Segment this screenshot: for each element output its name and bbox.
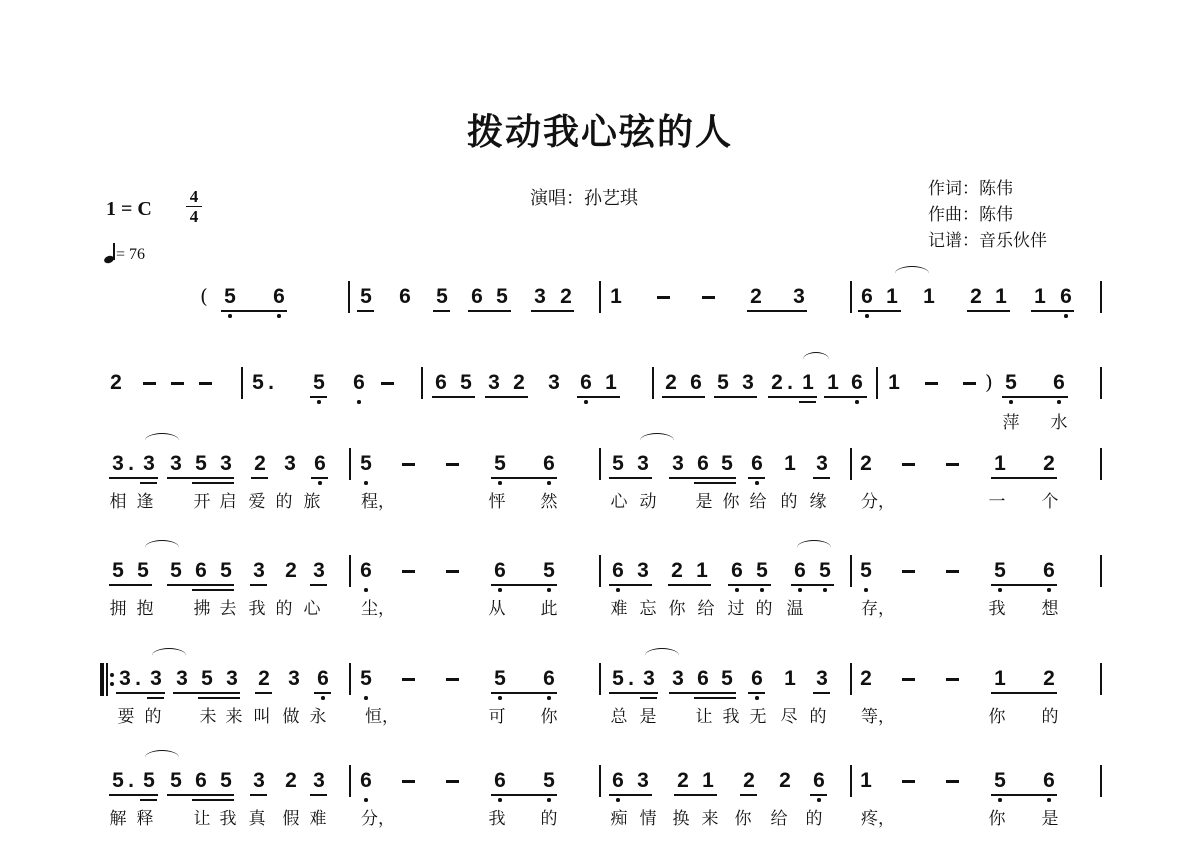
barline [599, 555, 601, 587]
beam-underline [255, 692, 272, 694]
beam-underline [967, 310, 1010, 312]
lyric-syllable: 解 [106, 804, 130, 829]
note: 3 [224, 668, 240, 690]
sustain-dash [199, 382, 212, 385]
note: 6 [610, 560, 626, 582]
note: 2 [858, 453, 874, 475]
lyric-syllable: 心 [300, 594, 324, 619]
barline [421, 367, 423, 399]
barline [1100, 663, 1102, 695]
beam-underline [668, 584, 711, 586]
beam-underline [433, 310, 450, 312]
note: 2 [108, 372, 124, 394]
barline [599, 765, 601, 797]
note: 2 [741, 770, 757, 792]
lyric-syllable: 此 [537, 594, 561, 619]
note: 2 [283, 770, 299, 792]
note: 6 [695, 668, 711, 690]
beam-underline [491, 692, 557, 694]
sustain-dash [402, 463, 415, 466]
augmentation-dot: . [127, 770, 135, 792]
beam-underline [491, 477, 557, 479]
note: 3 [174, 668, 190, 690]
note: 1 [992, 668, 1008, 690]
lyric-syllable: 分， [358, 804, 398, 829]
note: 1 [694, 560, 710, 582]
beam-underline [167, 794, 234, 796]
lyric-syllable: 叫 [250, 702, 274, 727]
lyric-syllable: 总 [607, 702, 631, 727]
lyric-syllable: 来 [698, 804, 722, 829]
beam-underline [491, 794, 557, 796]
beam-underline [991, 794, 1057, 796]
note: 2 [968, 286, 984, 308]
note: 6 [729, 560, 745, 582]
note: 5 [610, 668, 626, 690]
sustain-dash [902, 463, 915, 466]
note: 1 [800, 372, 816, 394]
beam-underline [192, 799, 234, 801]
sustain-dash [402, 780, 415, 783]
beam-underline [748, 477, 765, 479]
note: 6 [849, 372, 865, 394]
barline [348, 281, 350, 313]
lyric-syllable: 要 [114, 702, 138, 727]
lyric-syllable: 尘， [358, 594, 398, 619]
note: 5 [141, 770, 157, 792]
lyric-syllable: 做 [279, 702, 303, 727]
sustain-dash [702, 296, 715, 299]
lyric-syllable: 难 [306, 804, 330, 829]
note: 6 [312, 453, 328, 475]
lyric-syllable: 萍 [999, 408, 1023, 433]
note: 1 [603, 372, 619, 394]
note: 3 [251, 560, 267, 582]
barline [349, 663, 351, 695]
barline [1100, 448, 1102, 480]
note: 6 [358, 770, 374, 792]
lyric-syllable: 我 [719, 702, 743, 727]
lyric-syllable: 启 [216, 487, 240, 512]
note: 5 [218, 560, 234, 582]
note: 3 [282, 453, 298, 475]
note: 5 [492, 668, 508, 690]
lyric-syllable: 无 [746, 702, 770, 727]
lyric-syllable: 的 [806, 702, 830, 727]
lyric-syllable: 让 [190, 804, 214, 829]
augmentation-dot: . [134, 668, 142, 690]
beam-underline [140, 482, 157, 484]
lyric-syllable: 未 [196, 702, 220, 727]
beam-underline [491, 584, 557, 586]
lyric-syllable: 的 [802, 804, 826, 829]
augmentation-dot: . [267, 372, 275, 394]
barline [1100, 765, 1102, 797]
beam-underline [609, 584, 652, 586]
lyric-syllable: 拥 [106, 594, 130, 619]
time-signature-top: 4 [186, 188, 202, 205]
slur-arc [145, 750, 179, 765]
note: 3 [814, 668, 830, 690]
lyric-syllable: 去 [216, 594, 240, 619]
note: 5 [1003, 372, 1019, 394]
sustain-dash [446, 780, 459, 783]
beam-underline [140, 799, 157, 801]
lyric-syllable: 心 [607, 487, 631, 512]
note: 2 [252, 453, 268, 475]
note: 3 [791, 286, 807, 308]
note: 5 [715, 372, 731, 394]
slur-arc [797, 540, 831, 555]
lyric-syllable: 旅 [300, 487, 324, 512]
note: 3 [141, 453, 157, 475]
note: 5 [199, 668, 215, 690]
barline [1100, 281, 1102, 313]
beam-underline [250, 584, 267, 586]
note: 1 [992, 453, 1008, 475]
beam-underline [747, 310, 807, 312]
lyric-syllable: 情 [636, 804, 660, 829]
note: 2 [1041, 668, 1057, 690]
note: 3 [117, 668, 133, 690]
note: 3 [148, 668, 164, 690]
sustain-dash [946, 678, 959, 681]
lyric-syllable: 你 [985, 702, 1009, 727]
note: 3 [110, 453, 126, 475]
note: 6 [541, 453, 557, 475]
open-parenthesis: ( [200, 284, 208, 308]
note: 2 [858, 668, 874, 690]
note: 2 [256, 668, 272, 690]
singer-credit: 演唱：孙艺琪 [530, 184, 638, 210]
note: 3 [218, 453, 234, 475]
beam-underline [250, 794, 267, 796]
lyric-syllable: 存， [858, 594, 898, 619]
note: 6 [358, 560, 374, 582]
beam-underline [1031, 310, 1074, 312]
lyric-syllable: 给 [767, 804, 791, 829]
lyric-syllable: 你 [731, 804, 755, 829]
barline [652, 367, 654, 399]
lyric-syllable: 我 [985, 594, 1009, 619]
note: 2 [777, 770, 793, 792]
composer-credit: 作曲：陈伟 [928, 202, 1047, 228]
beam-underline [432, 396, 475, 398]
note: 5 [541, 770, 557, 792]
note: 5 [218, 770, 234, 792]
close-parenthesis: ) [985, 370, 993, 394]
beam-underline [991, 477, 1057, 479]
note: 5 [754, 560, 770, 582]
beam-underline [251, 477, 268, 479]
lyric-syllable: 逢 [133, 487, 157, 512]
slur-arc [645, 648, 679, 663]
barline [599, 663, 601, 695]
lyric-syllable: 过 [724, 594, 748, 619]
sustain-dash [963, 382, 976, 385]
note: 3 [641, 668, 657, 690]
lyric-syllable: 抱 [133, 594, 157, 619]
beam-underline [192, 482, 234, 484]
note: 5 [358, 668, 374, 690]
beam-underline [167, 584, 234, 586]
note: 1 [921, 286, 937, 308]
beam-underline [1002, 396, 1068, 398]
beam-underline [858, 310, 901, 312]
barline [850, 765, 852, 797]
note: 6 [792, 560, 808, 582]
lyric-syllable: 水 [1047, 408, 1071, 433]
lyric-syllable: 分， [858, 487, 898, 512]
lyric-syllable: 等， [858, 702, 898, 727]
beam-underline [485, 396, 528, 398]
beam-underline [810, 794, 827, 796]
lyric-syllable: 让 [692, 702, 716, 727]
note: 6 [492, 560, 508, 582]
beam-underline [991, 584, 1057, 586]
lyric-syllable: 的 [777, 487, 801, 512]
augmentation-dot: . [786, 372, 794, 394]
note: 1 [1032, 286, 1048, 308]
augmentation-dot: . [627, 668, 635, 690]
sustain-dash [446, 678, 459, 681]
credits: 作词：陈伟 作曲：陈伟 记谱：音乐伙伴 [928, 176, 1047, 254]
note: 6 [1051, 372, 1067, 394]
lyric-syllable: 开 [190, 487, 214, 512]
note: 5 [110, 560, 126, 582]
slur-arc [803, 352, 829, 367]
lyric-syllable: 的 [537, 804, 561, 829]
note: 1 [825, 372, 841, 394]
lyric-syllable: 你 [665, 594, 689, 619]
note: 5 [992, 770, 1008, 792]
note: 1 [782, 453, 798, 475]
beam-underline [694, 697, 736, 699]
lyric-syllable: 的 [1038, 702, 1062, 727]
note: 5 [719, 453, 735, 475]
barline [850, 555, 852, 587]
beam-underline [791, 584, 834, 586]
note: 6 [811, 770, 827, 792]
note: 2 [1041, 453, 1057, 475]
slur-arc [640, 433, 674, 448]
note: 2 [663, 372, 679, 394]
note: 5 [193, 453, 209, 475]
song-title: 拨动我心弦的人 [0, 104, 1200, 155]
beam-underline [173, 692, 240, 694]
note: 5 [110, 770, 126, 792]
note: 2 [675, 770, 691, 792]
time-signature: 4 4 [186, 188, 202, 225]
note: 3 [635, 560, 651, 582]
sustain-dash [446, 570, 459, 573]
lyric-syllable: 爱 [245, 487, 269, 512]
slur-arc [152, 648, 186, 663]
note: 6 [859, 286, 875, 308]
lyric-syllable: 然 [537, 487, 561, 512]
beam-underline [609, 794, 652, 796]
barline [1100, 555, 1102, 587]
note: 3 [814, 453, 830, 475]
sustain-dash [925, 382, 938, 385]
barline [850, 281, 852, 313]
barline [850, 448, 852, 480]
lyric-syllable: 是 [1038, 804, 1062, 829]
time-signature-bottom: 4 [186, 208, 202, 225]
note: 5 [222, 286, 238, 308]
note: 5 [358, 286, 374, 308]
beam-underline [609, 692, 658, 694]
sustain-dash [902, 780, 915, 783]
augmentation-dot: . [127, 453, 135, 475]
lyric-syllable: 给 [746, 487, 770, 512]
lyric-syllable: 想 [1038, 594, 1062, 619]
key-signature: 1 = C [106, 198, 152, 221]
lyric-syllable: 真 [245, 804, 269, 829]
beam-underline [640, 697, 657, 699]
beam-underline [531, 310, 574, 312]
beam-underline [662, 396, 705, 398]
sustain-dash [946, 463, 959, 466]
note: 3 [311, 560, 327, 582]
lyric-syllable: 给 [694, 594, 718, 619]
note: 3 [486, 372, 502, 394]
beam-underline [813, 692, 830, 694]
note: 3 [546, 372, 562, 394]
tempo-value: = 76 [116, 246, 145, 263]
note: 1 [886, 372, 902, 394]
lyric-syllable: 恒， [362, 702, 402, 727]
note: 6 [315, 668, 331, 690]
note: 6 [1058, 286, 1074, 308]
note: 6 [688, 372, 704, 394]
note: 6 [271, 286, 287, 308]
beam-underline [674, 794, 717, 796]
lyric-syllable: 的 [272, 594, 296, 619]
barline [599, 281, 601, 313]
lyric-syllable: 疼， [858, 804, 898, 829]
beam-underline [310, 794, 327, 796]
note: 6 [749, 668, 765, 690]
note: 5 [817, 560, 833, 582]
note: 1 [858, 770, 874, 792]
lyric-syllable: 可 [485, 702, 509, 727]
tempo-marking: = 76 [104, 243, 145, 264]
note: 3 [168, 453, 184, 475]
lyric-syllable: 我 [485, 804, 509, 829]
beam-underline [991, 692, 1057, 694]
note: 1 [993, 286, 1009, 308]
barline [349, 555, 351, 587]
note: 5 [135, 560, 151, 582]
beam-underline [799, 401, 816, 403]
lyric-syllable: 从 [485, 594, 509, 619]
beam-underline [116, 692, 165, 694]
beam-underline [669, 477, 736, 479]
note: 5 [719, 668, 735, 690]
note: 6 [193, 560, 209, 582]
note: 3 [670, 453, 686, 475]
quarter-note-icon [104, 243, 116, 263]
barline [850, 663, 852, 695]
note: 2 [558, 286, 574, 308]
beam-underline [167, 477, 234, 479]
beam-underline [609, 477, 652, 479]
beam-underline [768, 396, 817, 398]
lyric-syllable: 拂 [190, 594, 214, 619]
note: 2 [669, 560, 685, 582]
sustain-dash [402, 570, 415, 573]
sustain-dash [171, 382, 184, 385]
note: 5 [541, 560, 557, 582]
note: 1 [608, 286, 624, 308]
note: 3 [251, 770, 267, 792]
lyric-syllable: 动 [636, 487, 660, 512]
beam-underline [109, 584, 152, 586]
barline [599, 448, 601, 480]
note: 5 [168, 560, 184, 582]
note: 2 [511, 372, 527, 394]
note: 5 [492, 453, 508, 475]
note: 5 [494, 286, 510, 308]
lyricist-credit: 作词：陈伟 [928, 176, 1047, 202]
beam-underline [147, 697, 164, 699]
note: 6 [492, 770, 508, 792]
lyric-syllable: 缘 [806, 487, 830, 512]
note: 5 [610, 453, 626, 475]
beam-underline [109, 794, 158, 796]
lyric-syllable: 是 [636, 702, 660, 727]
note: 5 [434, 286, 450, 308]
transcriber-credit: 记谱：音乐伙伴 [928, 228, 1047, 254]
note: 3 [635, 453, 651, 475]
sustain-dash [902, 678, 915, 681]
lyric-syllable: 释 [133, 804, 157, 829]
sustain-dash [946, 570, 959, 573]
beam-underline [198, 697, 240, 699]
sustain-dash [143, 382, 156, 385]
beam-underline [694, 482, 736, 484]
barline [241, 367, 243, 399]
barline [349, 448, 351, 480]
note: 6 [397, 286, 413, 308]
note: 3 [532, 286, 548, 308]
beam-underline [748, 692, 765, 694]
beam-underline [813, 477, 830, 479]
note: 1 [700, 770, 716, 792]
barline [1100, 367, 1102, 399]
note: 6 [433, 372, 449, 394]
lyric-syllable: 个 [1038, 487, 1062, 512]
lyric-syllable: 程， [358, 487, 398, 512]
note: 5 [358, 453, 374, 475]
lyric-syllable: 难 [607, 594, 631, 619]
beam-underline [728, 584, 771, 586]
beam-underline [669, 692, 736, 694]
sustain-dash [946, 780, 959, 783]
beam-underline [310, 396, 327, 398]
note: 6 [578, 372, 594, 394]
slur-arc [145, 433, 179, 448]
note: 3 [740, 372, 756, 394]
lyric-syllable: 痴 [607, 804, 631, 829]
lyric-syllable: 忘 [636, 594, 660, 619]
lyric-syllable: 相 [106, 487, 130, 512]
note: 3 [311, 770, 327, 792]
beam-underline [714, 396, 757, 398]
lyric-syllable: 温 [783, 594, 807, 619]
beam-underline [310, 584, 327, 586]
